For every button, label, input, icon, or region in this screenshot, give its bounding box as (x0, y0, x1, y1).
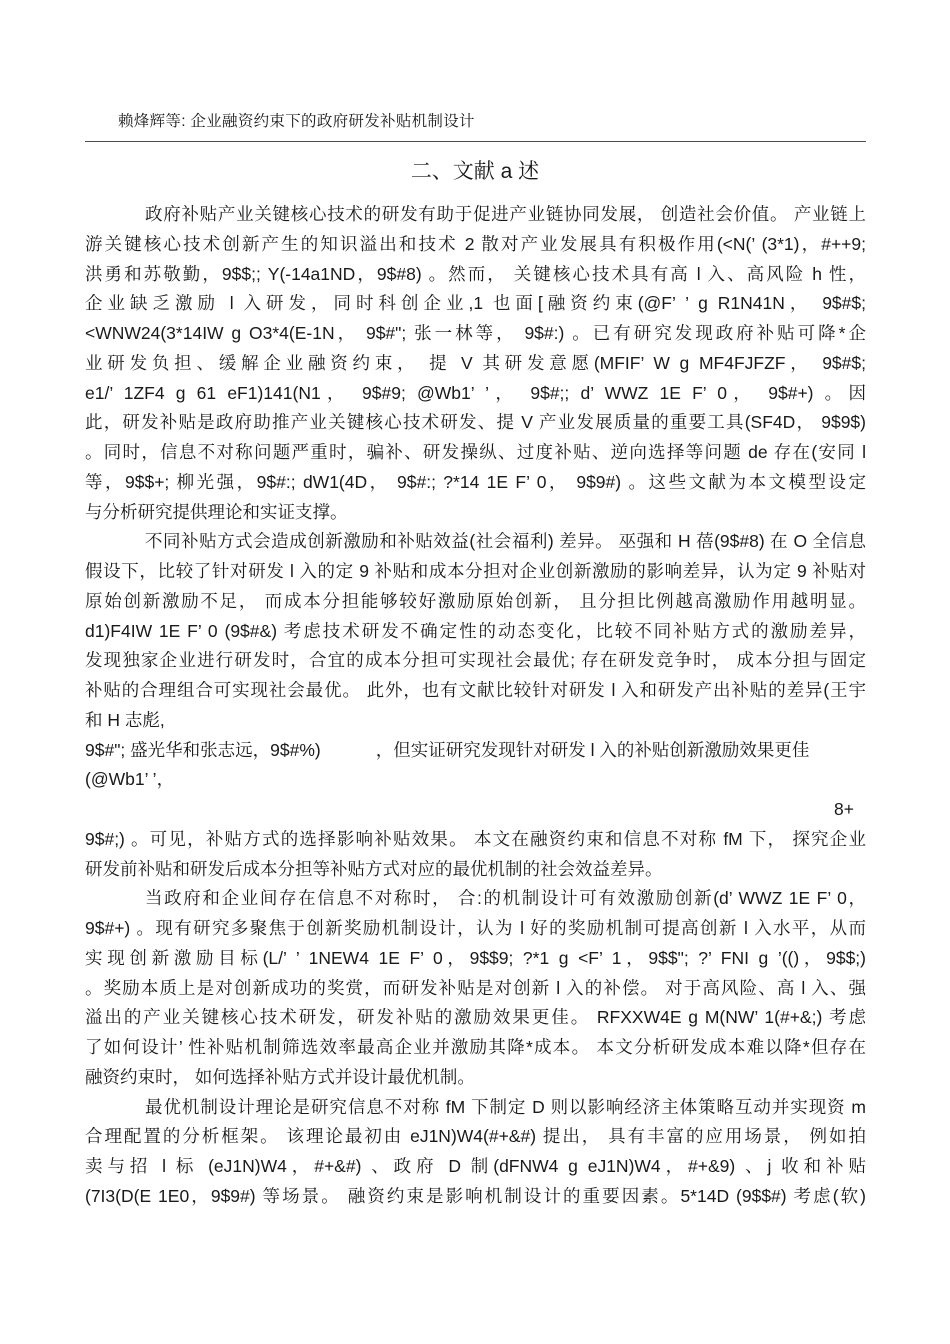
body-line: 实现创新激励目标(L/’ ’ 1NEW4 1E F’ 0，9$$9; ?*1 g… (85, 944, 866, 974)
body-line: 8+ (85, 795, 866, 825)
body-line: 补贴的合理组合可实现社会最优。 此外，也有文献比较针对研发 l 入和研发产出补贴… (85, 676, 866, 706)
body-line: d1)F4IW 1E F’ 0 (9$#&) 考虑技术研发不确定性的动态变化，比… (85, 617, 866, 647)
running-header: 赖烽辉等: 企业融资约束下的政府研发补贴机制设计 (118, 111, 475, 132)
body-line: e1/’ 1ZF4 g 61 eF1)141(N1， 9$#9; @Wb1’ ’… (85, 379, 866, 409)
body-line-segment: ，但实证研究发现针对研发 l 入的补贴创新激励效果更佳 (376, 740, 810, 760)
body-line: <WNW24(3*14IW g O3*4(E-1N， 9$#"; 张一林等， 9… (85, 319, 866, 349)
body-line: 与分析研究提供理论和实证支撑。 (85, 498, 866, 528)
body-line: 发现独家企业进行研发时，合宜的成本分担可实现社会最优; 存在研发竞争时， 成本分… (85, 646, 866, 676)
body-line: 。奖励本质上是对创新成功的奖赏，而研发补贴是对创新 l 入的补偿。 对于高风险、… (85, 974, 866, 1004)
body-line: 9$#"; 盛光华和张志远，9$#%)，但实证研究发现针对研发 l 入的补贴创新… (85, 736, 866, 766)
body-line: 企业缺乏激励 l 入研发，同时科创企业,1 也面[融资约束(@F’ ’ g R1… (85, 289, 866, 319)
body-line: 洪勇和苏敬勤，9$$;; Y(-14a1ND，9$#8) 。然而， 关键核心技术… (85, 260, 866, 290)
body-line: 假设下，比较了针对研发 l 入的定 9 补贴和成本分担对企业创新激励的影响差异，… (85, 557, 866, 587)
body-line: (@Wb1’ ’， (85, 765, 866, 795)
body-line: 业研发负担、缓解企业融资约束， 提 V 其研发意愿(MFIF’ W g MF4F… (85, 349, 866, 379)
body-line: 和 H 志彪, (85, 706, 866, 736)
body-line: 9$#+) 。现有研究多聚焦于创新奖励机制设计，认为 l 好的奖励机制可提高创新… (85, 914, 866, 944)
body-line: 等，9$$+; 柳光强，9$#:; dW1(4D， 9$#:; ?*14 1E … (85, 468, 866, 498)
body-line: (7I3(D(E 1E0，9$9#) 等场景。 融资约束是影响机制设计的重要因素… (85, 1182, 866, 1212)
body-text: 政府补贴产业关键核心技术的研发有助于促进产业链协同发展， 创造社会价值。 产业链… (85, 200, 866, 1212)
body-line: 9$#;) 。可见，补贴方式的选择影响补贴效果。 本文在融资约束和信息不对称 f… (85, 825, 866, 855)
body-line: 卖与招 l 标 (eJ1N)W4，#+&#) 、政府 D 制(dFNW4 g e… (85, 1152, 866, 1182)
body-line: 合理配置的分析框架。 该理论最初由 eJ1N)W4(#+&#) 提出， 具有丰富… (85, 1122, 866, 1152)
body-line: 原始创新激励不足， 而成本分担能够较好激励原始创新， 且分担比例越高激励作用越明… (85, 587, 866, 617)
body-line: 研发前补贴和研发后成本分担等补贴方式对应的最优机制的社会效益差异。 (85, 855, 866, 885)
header-rule (85, 141, 866, 142)
body-line-segment: 9$#"; 盛光华和张志远，9$#%) (85, 740, 321, 760)
body-line: 游关键核心技术创新产生的知识溢出和技术 2 散对产业发展具有积极作用(<N(’ … (85, 230, 866, 260)
body-line: 融资约束时， 如何选择补贴方式并设计最优机制。 (85, 1063, 866, 1093)
body-line: 当政府和企业间存在信息不对称时， 合:的机制设计可有效激励创新(d’ WWZ 1… (85, 884, 866, 914)
body-line: 此，研发补贴是政府助推产业关键核心技术研发、提 V 产业发展质量的重要工具(SF… (85, 408, 866, 438)
body-line: 政府补贴产业关键核心技术的研发有助于促进产业链协同发展， 创造社会价值。 产业链… (85, 200, 866, 230)
body-line: 最优机制设计理论是研究信息不对称 fM 下制定 D 则以影响经济主体策略互动并实… (85, 1093, 866, 1123)
body-line: 了如何设计’ 性补贴机制筛选效率最高企业并激励其降*成本。 本文分析研发成本难以… (85, 1033, 866, 1063)
body-line: 溢出的产业关键核心技术研发，研发补贴的激励效果更佳。 RFXXW4E g M(N… (85, 1003, 866, 1033)
section-title: 二、文献 a 述 (0, 157, 950, 187)
body-line: 。同时，信息不对称问题严重时，骗补、研发操纵、过度补贴、逆向选择等问题 de 存… (85, 438, 866, 468)
paper-page: 赖烽辉等: 企业融资约束下的政府研发补贴机制设计 二、文献 a 述 政府补贴产业… (0, 0, 950, 1344)
body-line: 不同补贴方式会造成创新激励和补贴效益(社会福利) 差异。 巫强和 H 蓓(9$#… (85, 527, 866, 557)
